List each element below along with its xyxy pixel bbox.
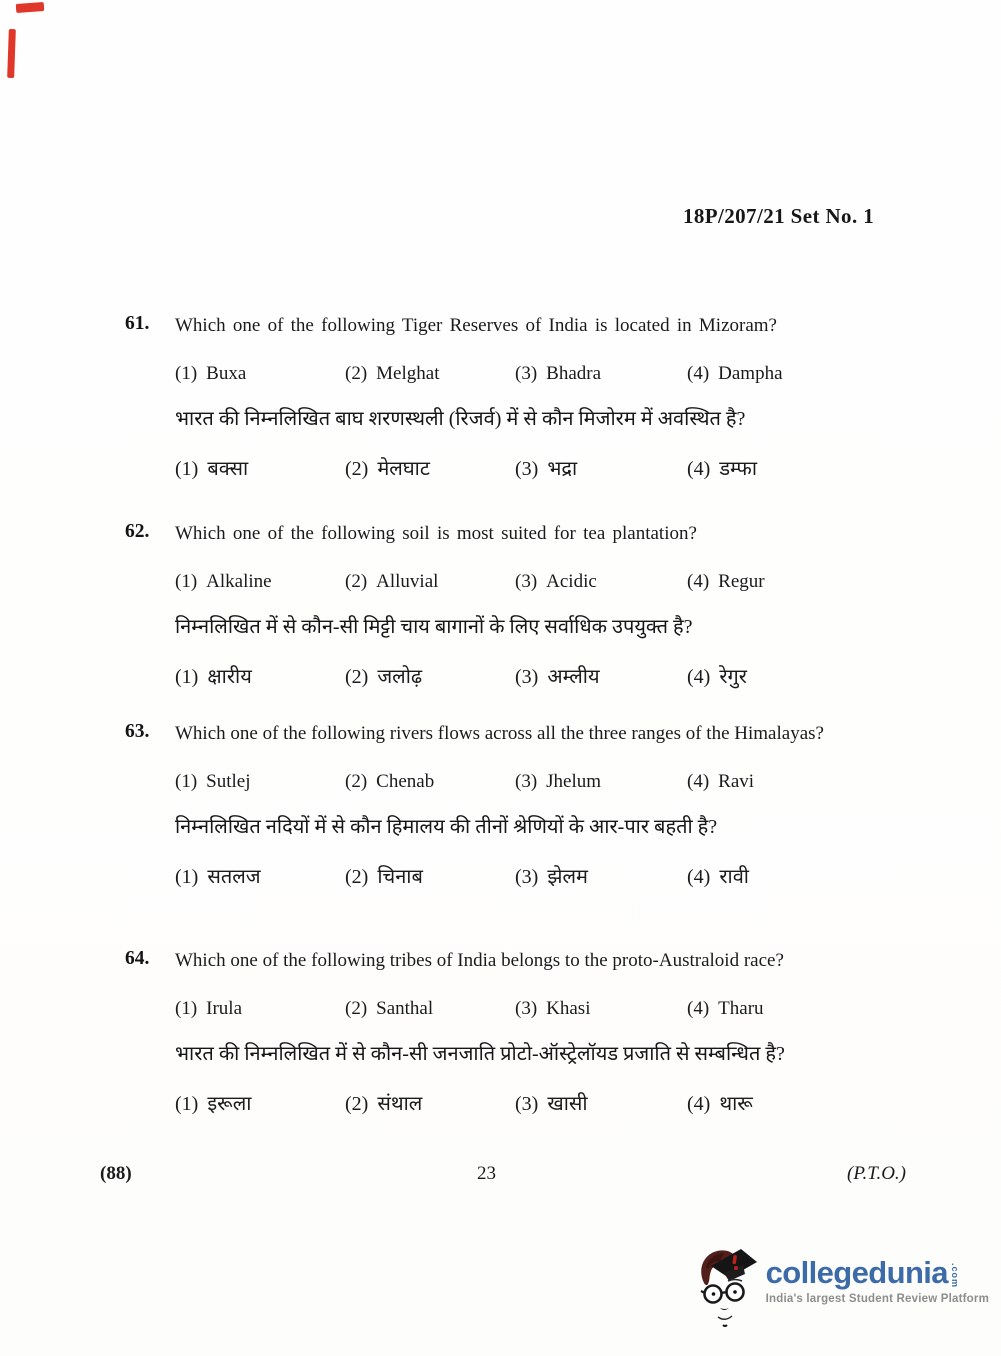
options-hi: (1)इरूला(2)संथाल(3)खासी(4)थारू: [125, 1089, 897, 1116]
option-1-hi: (1)बक्सा: [175, 454, 345, 481]
option-2: (2)Santhal: [345, 998, 515, 1020]
option-2: (2)Chenab: [345, 771, 515, 793]
collegedunia-mascot-icon: [698, 1247, 760, 1327]
brand-name: collegedunia: [766, 1257, 948, 1289]
question-62: 62. Which one of the following soil is m…: [125, 518, 897, 689]
question-61: 61. Which one of the following Tiger Res…: [125, 310, 897, 481]
brand-domain: .com: [950, 1263, 960, 1288]
page-number: 23: [0, 1163, 987, 1185]
question-text-en: Which one of the following soil is most …: [175, 518, 881, 549]
option-2-hi: (2)मेलघाट: [345, 454, 515, 481]
option-2-hi: (2)जलोढ़: [345, 662, 515, 689]
option-4: (4)Regur: [687, 571, 765, 593]
option-1-hi: (1)सतलज: [175, 862, 345, 889]
question-number: 61.: [125, 310, 175, 337]
options-hi: (1)क्षारीय(2)जलोढ़(3)अम्लीय(4)रेगुर: [125, 662, 897, 689]
question-text-en: Which one of the following tribes of Ind…: [175, 945, 881, 976]
question-number: 63.: [125, 718, 175, 745]
scanned-exam-page: 18P/207/21 Set No. 1 61. Which one of th…: [0, 0, 1001, 1356]
pto-note: (P.T.O.): [847, 1163, 906, 1185]
option-3: (3)Bhadra: [515, 363, 687, 385]
option-1: (1)Alkaline: [175, 571, 345, 593]
options-hi: (1)बक्सा(2)मेलघाट(3)भद्रा(4)डम्फा: [125, 454, 897, 481]
question-text-hi: भारत की निम्नलिखित बाघ शरणस्थली (रिजर्व)…: [125, 405, 897, 434]
question-number: 64.: [125, 945, 175, 972]
option-4-hi: (4)रेगुर: [687, 662, 747, 689]
options-hi: (1)सतलज(2)चिनाब(3)झेलम(4)रावी: [125, 862, 897, 889]
option-3-hi: (3)भद्रा: [515, 454, 687, 481]
option-1: (1)Buxa: [175, 363, 345, 385]
collegedunia-watermark: collegedunia .com India's largest Studen…: [698, 1247, 989, 1327]
option-4: (4)Ravi: [687, 771, 754, 793]
collegedunia-logo-text: collegedunia .com India's largest Studen…: [766, 1257, 989, 1305]
option-3: (3)Jhelum: [515, 771, 687, 793]
question-text-en: Which one of the following Tiger Reserve…: [175, 310, 881, 341]
option-1: (1)Sutlej: [175, 771, 345, 793]
question-text-en: Which one of the following rivers flows …: [175, 718, 881, 749]
option-1-hi: (1)क्षारीय: [175, 662, 345, 689]
question-63: 63. Which one of the following rivers fl…: [125, 718, 897, 889]
red-pen-mark-left: [7, 29, 16, 78]
question-64: 64. Which one of the following tribes of…: [125, 945, 897, 1116]
page-footer: (88) 23 (P.T.O.): [0, 1163, 1001, 1185]
option-4-hi: (4)थारू: [687, 1089, 753, 1116]
options-en: (1)Buxa(2)Melghat(3)Bhadra(4)Dampha: [125, 363, 897, 385]
option-2-hi: (2)चिनाब: [345, 862, 515, 889]
option-3-hi: (3)खासी: [515, 1089, 687, 1116]
option-4-hi: (4)रावी: [687, 862, 749, 889]
option-1-hi: (1)इरूला: [175, 1089, 345, 1116]
option-3: (3)Khasi: [515, 998, 687, 1020]
question-text-hi: भारत की निम्नलिखित में से कौन-सी जनजाति …: [125, 1040, 897, 1069]
question-number: 62.: [125, 518, 175, 545]
option-3-hi: (3)अम्लीय: [515, 662, 687, 689]
option-4-hi: (4)डम्फा: [687, 454, 757, 481]
brand-tagline: India's largest Student Review Platform: [766, 1293, 989, 1305]
option-3: (3)Acidic: [515, 571, 687, 593]
question-text-hi: निम्नलिखित नदियों में से कौन हिमालय की त…: [125, 813, 897, 842]
option-2-hi: (2)संथाल: [345, 1089, 515, 1116]
red-pen-mark-top: [16, 2, 45, 13]
option-4: (4)Dampha: [687, 363, 783, 385]
paper-code: 18P/207/21 Set No. 1: [683, 204, 874, 229]
options-en: (1)Sutlej(2)Chenab(3)Jhelum(4)Ravi: [125, 771, 897, 793]
option-2: (2)Melghat: [345, 363, 515, 385]
option-2: (2)Alluvial: [345, 571, 515, 593]
option-1: (1)Irula: [175, 998, 345, 1020]
options-en: (1)Alkaline(2)Alluvial(3)Acidic(4)Regur: [125, 571, 897, 593]
option-4: (4)Tharu: [687, 998, 764, 1020]
option-3-hi: (3)झेलम: [515, 862, 687, 889]
options-en: (1)Irula(2)Santhal(3)Khasi(4)Tharu: [125, 998, 897, 1020]
question-text-hi: निम्नलिखित में से कौन-सी मिट्टी चाय बागा…: [125, 613, 897, 642]
